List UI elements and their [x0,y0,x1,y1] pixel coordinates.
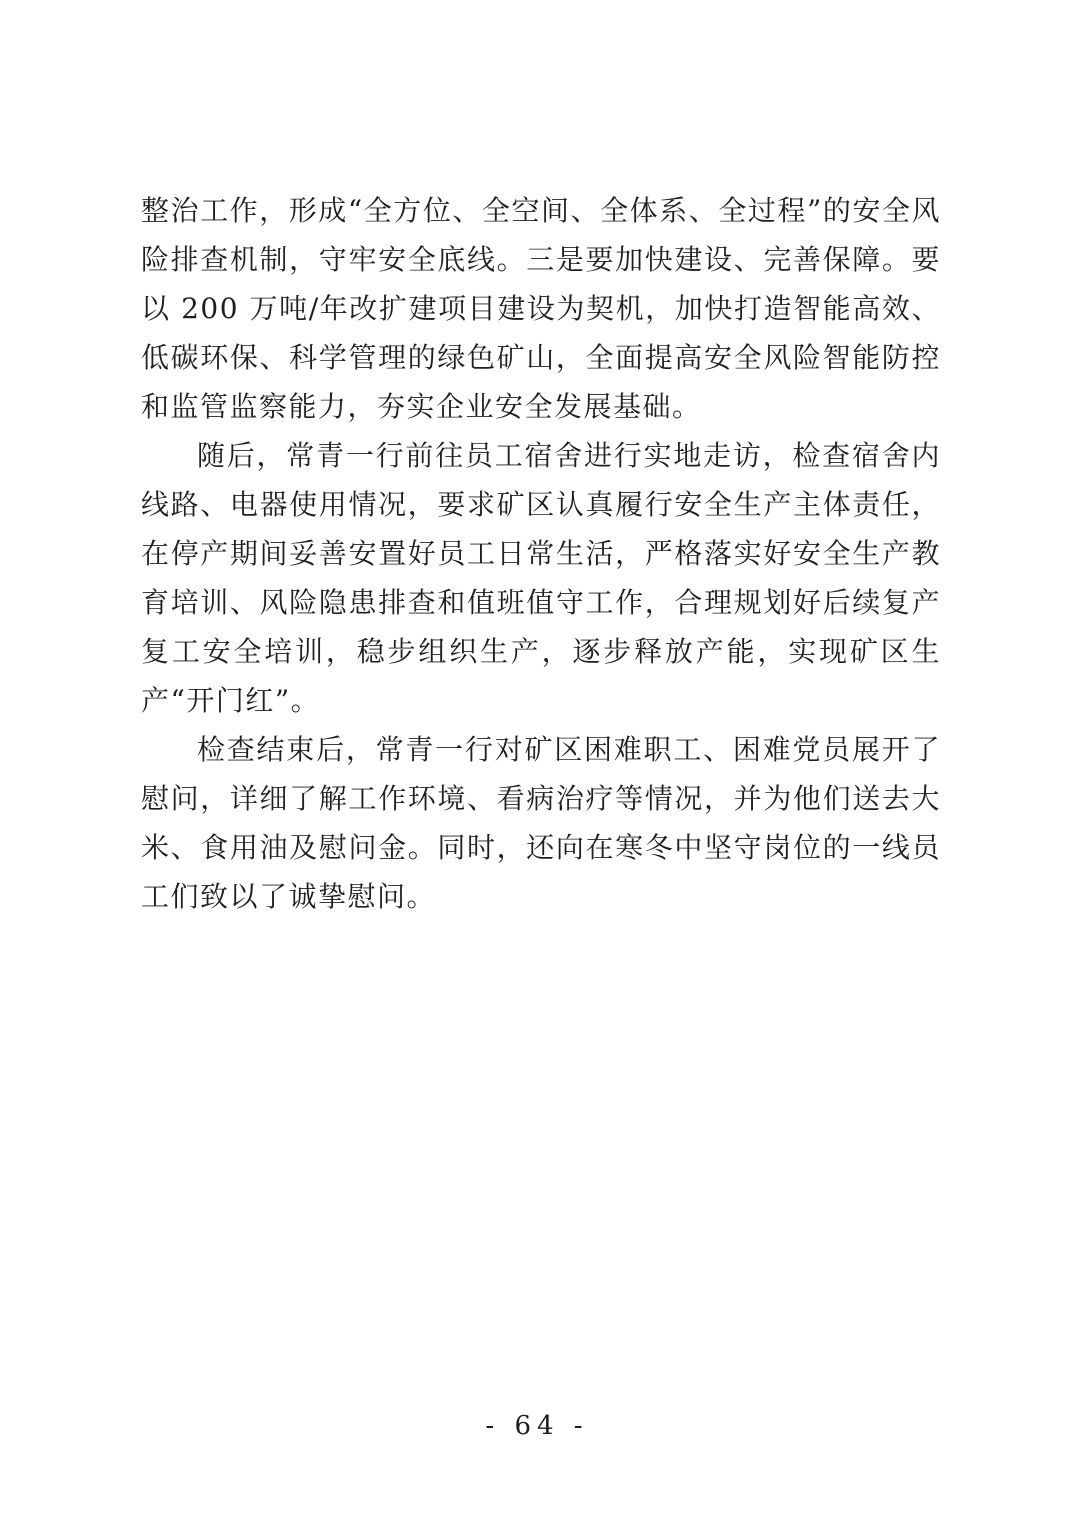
body-paragraph: 整治工作，形成“全方位、全空间、全体系、全过程”的安全风险排查机制，守牢安全底线… [141,186,941,431]
document-body: 整治工作，形成“全方位、全空间、全体系、全过程”的安全风险排查机制，守牢安全底线… [141,186,941,921]
document-page: 整治工作，形成“全方位、全空间、全体系、全过程”的安全风险排查机制，守牢安全底线… [0,0,1074,1520]
body-paragraph: 随后，常青一行前往员工宿舍进行实地走访，检查宿舍内线路、电器使用情况，要求矿区认… [141,431,941,725]
page-number: - 64 - [0,1408,1074,1444]
body-paragraph: 检查结束后，常青一行对矿区困难职工、困难党员展开了慰问，详细了解工作环境、看病治… [141,725,941,921]
